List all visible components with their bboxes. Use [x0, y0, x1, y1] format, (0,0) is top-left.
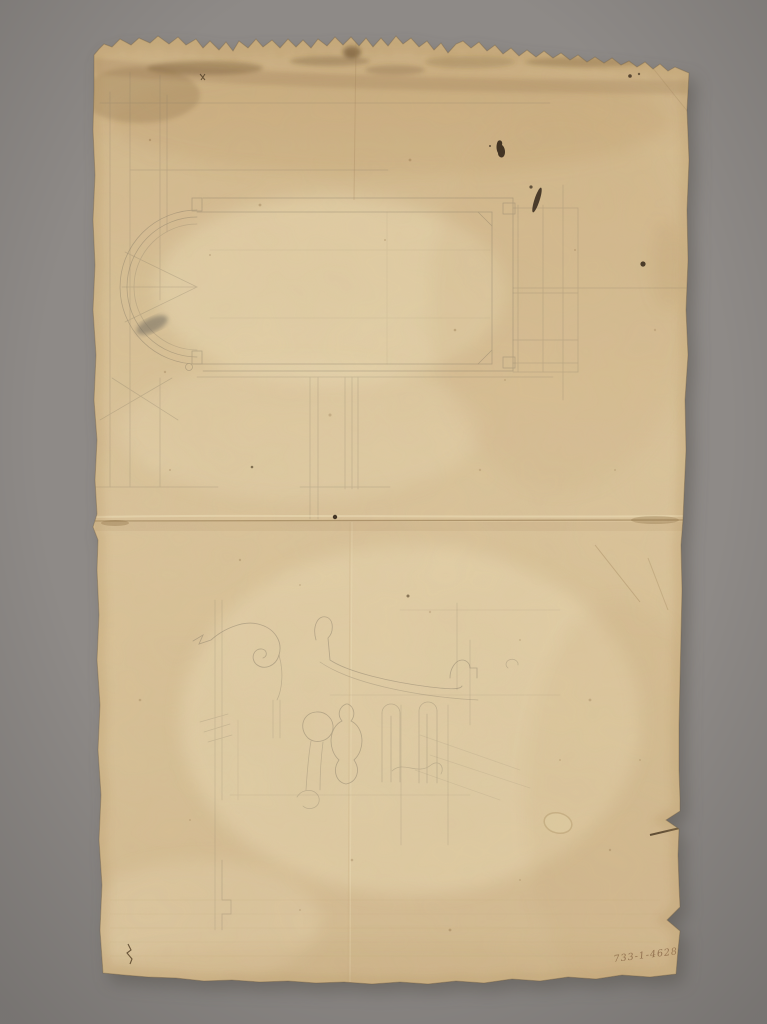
photograph-of-drawing: 733-1-4628: [0, 0, 767, 1024]
scanned-drawing-sheet: 733-1-4628: [0, 0, 767, 1024]
sheet-surface: 733-1-4628: [80, 25, 715, 1000]
paper-grain: [80, 25, 700, 1000]
